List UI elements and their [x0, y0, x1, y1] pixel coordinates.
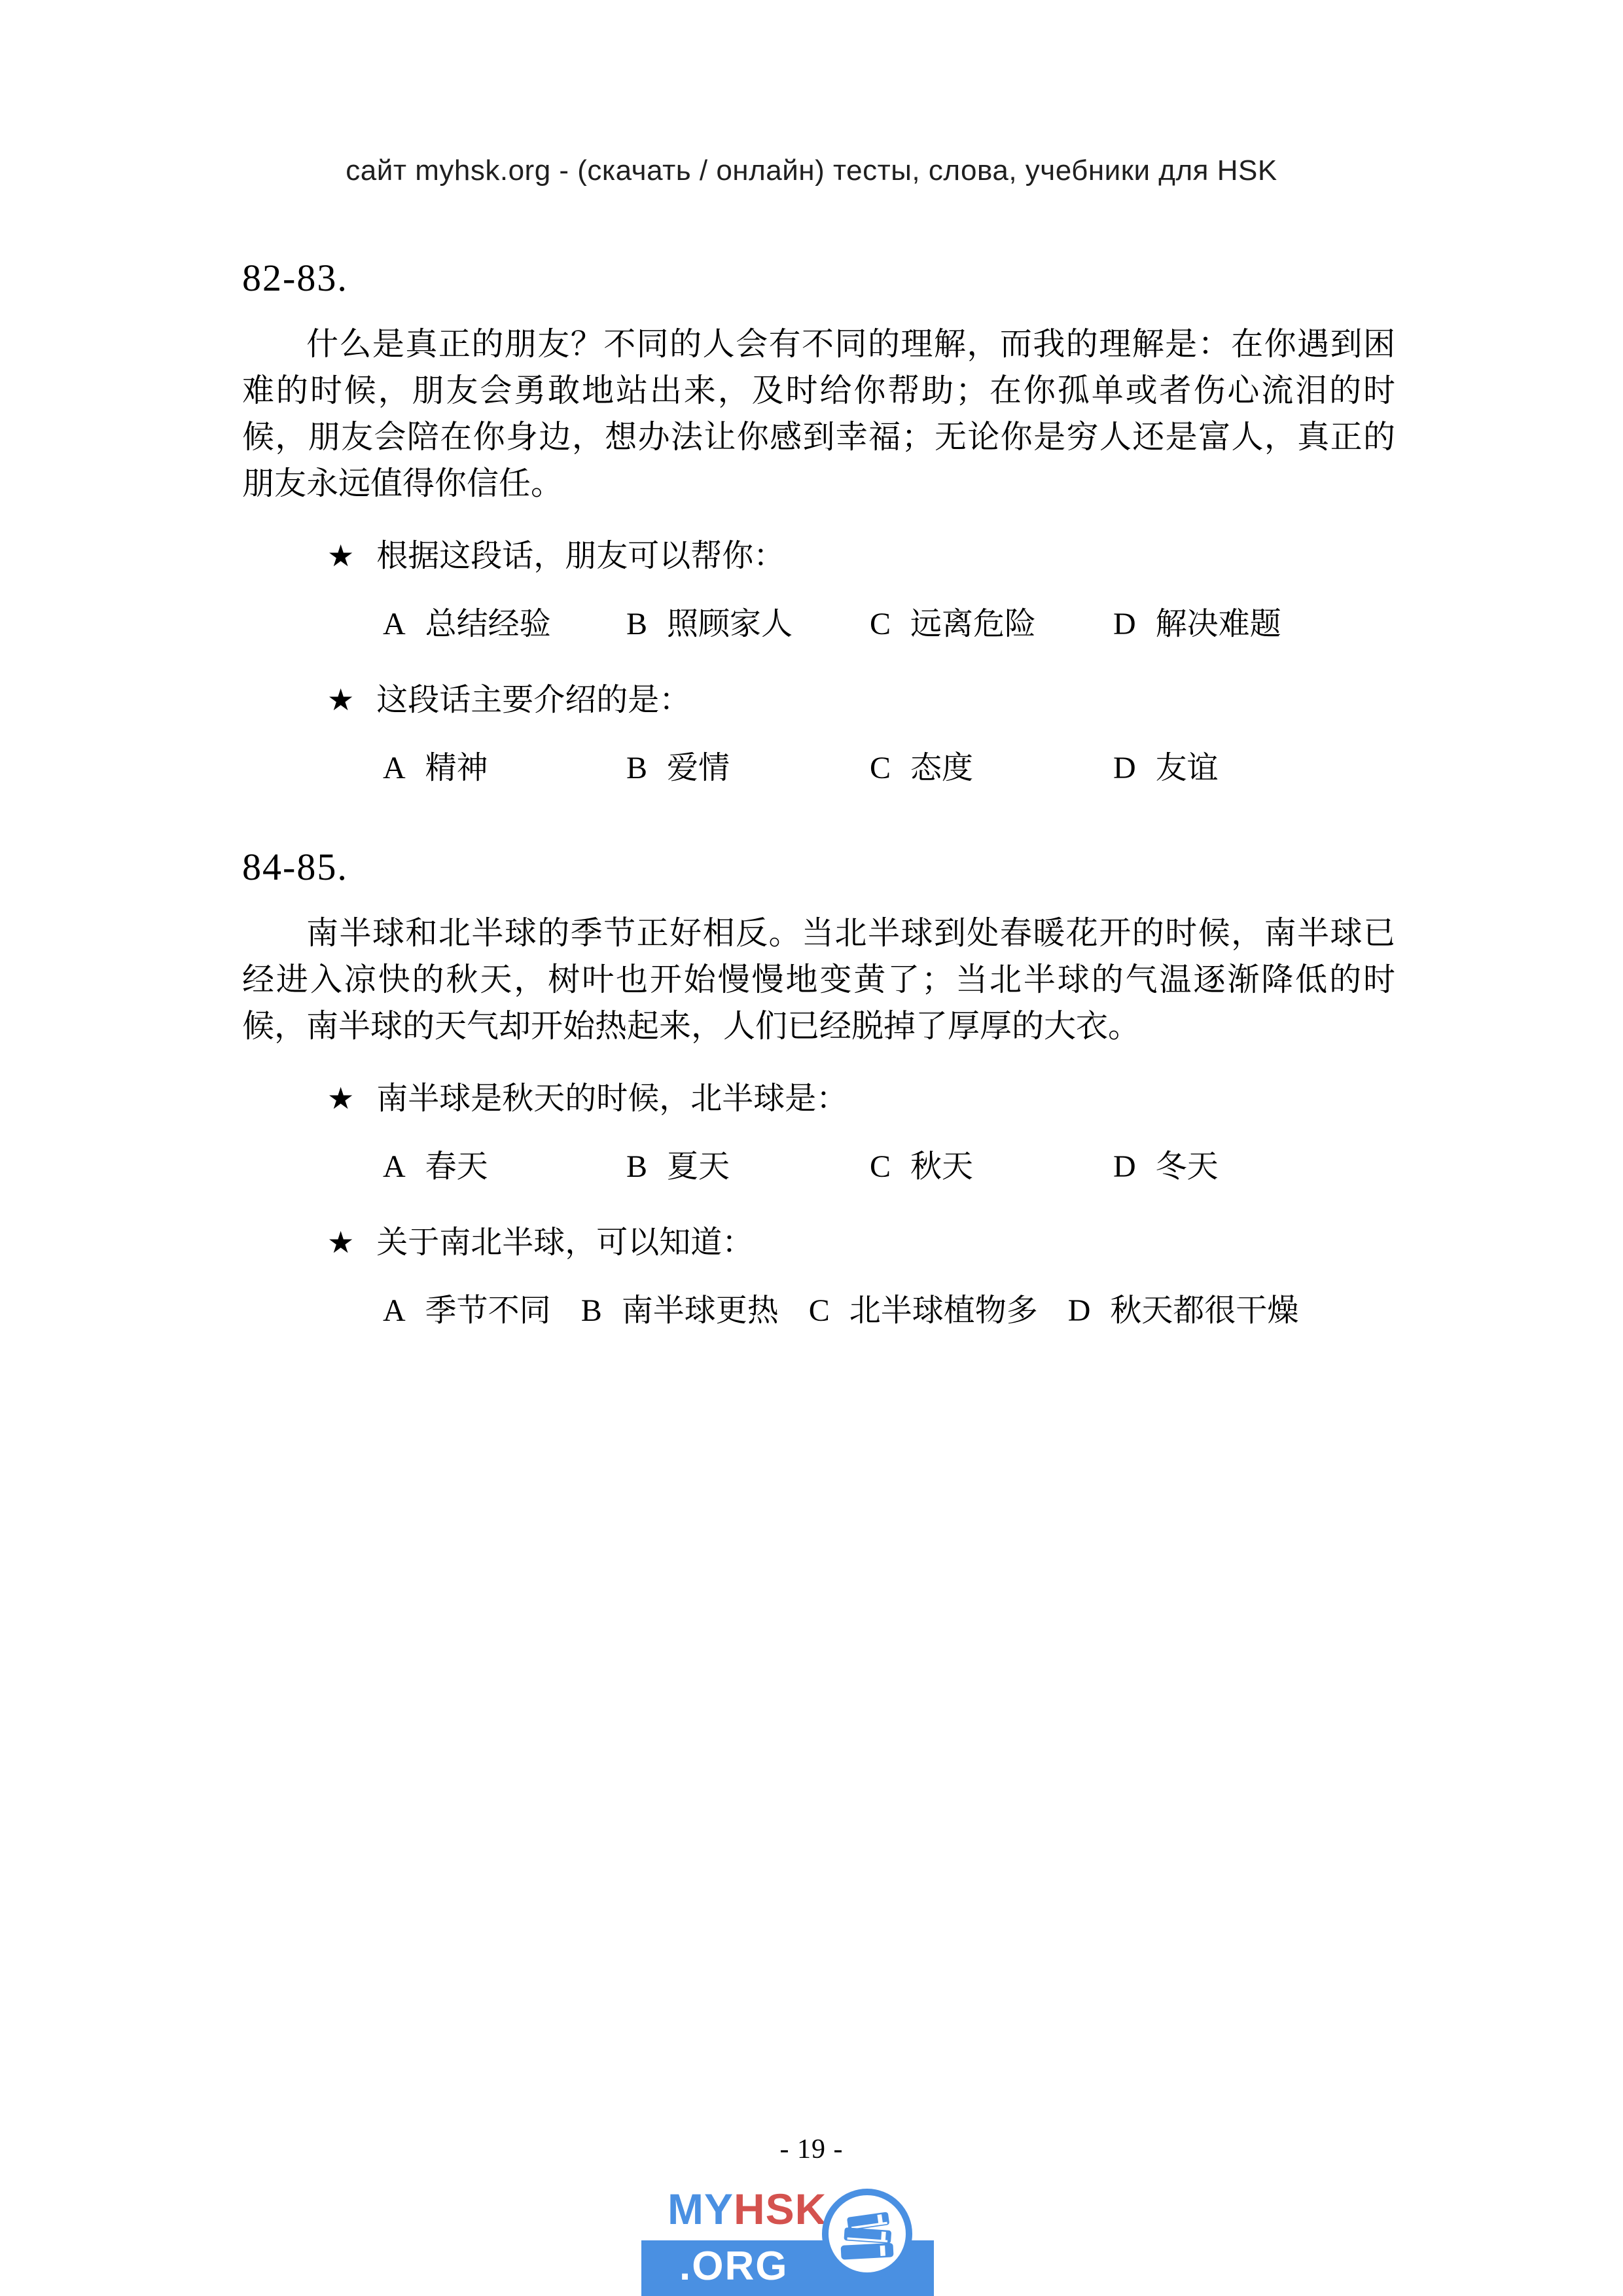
option-letter: A [383, 1147, 406, 1187]
books-icon [834, 2204, 900, 2264]
section-84-85: 84-85. 南半球和北半球的季节正好相反。当北半球到处春暖花开的时候，南半球已… [242, 846, 1395, 1331]
option-text: 春天 [425, 1149, 488, 1184]
logo-org-text: .ORG [679, 2245, 788, 2288]
option-letter: C [870, 1147, 891, 1187]
option-text: 季节不同 [425, 1293, 551, 1328]
option-b: B夏天 [626, 1147, 870, 1187]
logo-title: MYHSK [668, 2187, 827, 2231]
option-a: A季节不同 [383, 1291, 551, 1331]
option-text: 远离危险 [910, 607, 1036, 641]
option-text: 秋天都很干燥 [1110, 1293, 1298, 1328]
section-number: 82-83. [242, 257, 1395, 300]
options-row: A春天 B夏天 C秋天 D冬天 [242, 1147, 1395, 1187]
option-letter: A [383, 605, 406, 644]
question-prompt: 根据这段话，朋友可以帮你： [376, 537, 785, 576]
option-letter: D [1113, 749, 1136, 788]
star-icon: ★ [327, 1223, 354, 1263]
star-icon: ★ [327, 1079, 354, 1119]
option-a: A精神 [383, 749, 626, 788]
option-text: 解决难题 [1156, 607, 1281, 641]
option-letter: C [809, 1291, 830, 1331]
options-row: A精神 B爱情 C态度 D友谊 [242, 749, 1395, 788]
option-letter: D [1113, 1147, 1136, 1187]
option-text: 冬天 [1156, 1149, 1219, 1184]
option-letter: C [870, 749, 891, 788]
option-c: C秋天 [870, 1147, 1113, 1187]
reading-passage: 什么是真正的朋友？不同的人会有不同的理解，而我的理解是：在你遇到困难的时候，朋友… [242, 321, 1395, 507]
section-82-83: 82-83. 什么是真正的朋友？不同的人会有不同的理解，而我的理解是：在你遇到困… [242, 257, 1395, 788]
logo-circle [822, 2189, 912, 2279]
question: ★ 根据这段话，朋友可以帮你： [242, 537, 1395, 576]
options-row: A季节不同 B南半球更热 C北半球植物多 D秋天都很干燥 [242, 1291, 1395, 1331]
option-text: 爱情 [667, 751, 730, 785]
star-icon: ★ [327, 537, 354, 576]
option-text: 态度 [910, 751, 973, 785]
option-letter: C [870, 605, 891, 644]
star-icon: ★ [327, 681, 354, 720]
reading-passage: 南半球和北半球的季节正好相反。当北半球到处春暖花开的时候，南半球已经进入凉快的秋… [242, 910, 1395, 1049]
site-header: сайт myhsk.org - (скачать / онлайн) тест… [0, 154, 1623, 187]
options-row: A总结经验 B照顾家人 C远离危险 D解决难题 [242, 605, 1395, 644]
document-page: сайт myhsk.org - (скачать / онлайн) тест… [0, 0, 1623, 2296]
option-d: D冬天 [1113, 1147, 1357, 1187]
option-letter: D [1113, 605, 1136, 644]
option-text: 北半球植物多 [849, 1293, 1038, 1328]
option-text: 总结经验 [425, 607, 551, 641]
option-text: 夏天 [667, 1149, 730, 1184]
question: ★ 南半球是秋天的时候，北半球是： [242, 1079, 1395, 1119]
option-c: C态度 [870, 749, 1113, 788]
myhsk-logo: MYHSK .ORG [641, 2186, 936, 2296]
option-b: B爱情 [626, 749, 870, 788]
option-c: C北半球植物多 [809, 1291, 1038, 1331]
option-text: 友谊 [1156, 751, 1219, 785]
option-letter: B [626, 749, 647, 788]
page-content: 82-83. 什么是真正的朋友？不同的人会有不同的理解，而我的理解是：在你遇到困… [242, 257, 1395, 1331]
section-number: 84-85. [242, 846, 1395, 889]
question-prompt: 南半球是秋天的时候，北半球是： [376, 1079, 847, 1119]
option-letter: D [1068, 1291, 1091, 1331]
option-d: D秋天都很干燥 [1068, 1291, 1299, 1331]
option-d: D友谊 [1113, 749, 1357, 788]
logo-my-text: MY [668, 2185, 734, 2233]
question: ★ 这段话主要介绍的是： [242, 681, 1395, 720]
question-prompt: 关于南北半球，可以知道： [376, 1223, 753, 1263]
option-text: 照顾家人 [667, 607, 793, 641]
option-text: 精神 [425, 751, 488, 785]
question: ★ 关于南北半球，可以知道： [242, 1223, 1395, 1263]
logo-hsk-text: HSK [734, 2185, 827, 2233]
option-b: B南半球更热 [581, 1291, 779, 1331]
question-prompt: 这段话主要介绍的是： [376, 681, 690, 720]
option-letter: B [626, 605, 647, 644]
option-letter: B [626, 1147, 647, 1187]
option-letter: B [581, 1291, 602, 1331]
option-b: B照顾家人 [626, 605, 870, 644]
option-text: 秋天 [910, 1149, 973, 1184]
page-number: - 19 - [0, 2134, 1623, 2165]
option-a: A春天 [383, 1147, 626, 1187]
option-letter: A [383, 749, 406, 788]
option-letter: A [383, 1291, 406, 1331]
option-a: A总结经验 [383, 605, 626, 644]
option-text: 南半球更热 [622, 1293, 779, 1328]
option-c: C远离危险 [870, 605, 1113, 644]
option-d: D解决难题 [1113, 605, 1357, 644]
